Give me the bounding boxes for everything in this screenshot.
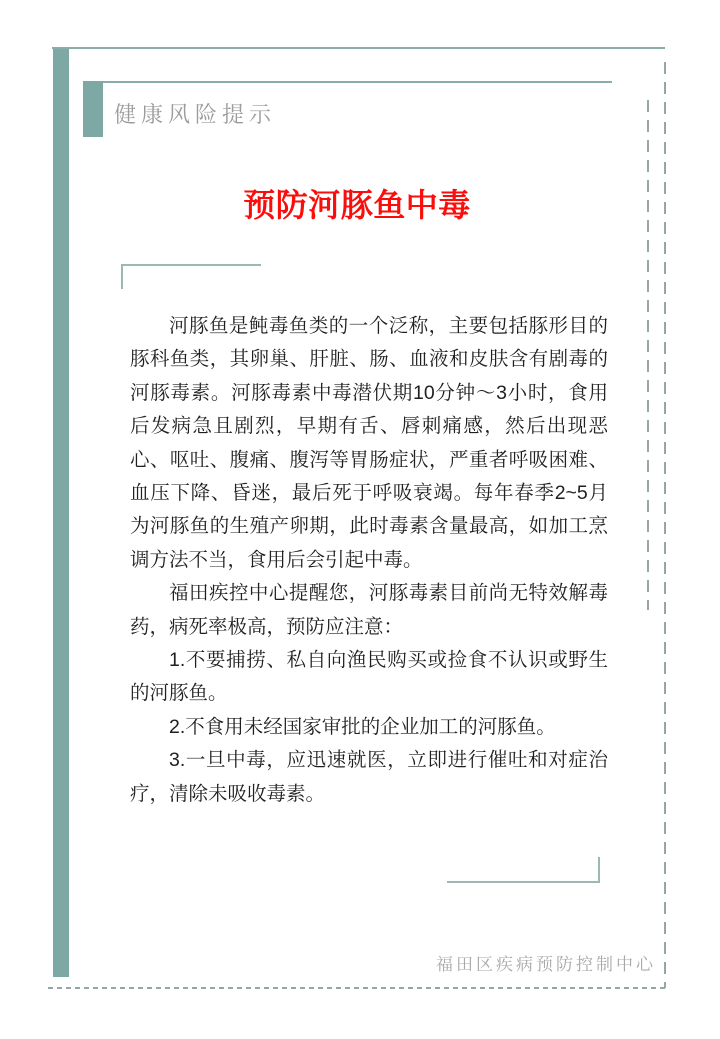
page-title: 预防河豚鱼中毒 [92, 180, 622, 226]
notice-page: 健康风险提示 预防河豚鱼中毒 河豚鱼是鲀毒鱼类的一个泛称，主要包括豚形目的豚科鱼… [0, 0, 720, 1039]
header-accent-square [83, 81, 103, 137]
right-dashed-line-outer [664, 62, 666, 988]
top-rule-line [52, 47, 665, 49]
body-paragraph-2: 福田疾控中心提醒您，河豚毒素目前尚无特效解毒药，病死率极高，预防应注意： [130, 577, 608, 644]
body-paragraph-4: 2.不食用未经国家审批的企业加工的河豚鱼。 [130, 711, 608, 744]
body-paragraph-5: 3.一旦中毒，应迅速就医，立即进行催吐和对症治疗，清除未吸收毒素。 [130, 744, 608, 811]
bottom-right-bracket-decoration [447, 857, 600, 883]
left-accent-bar [53, 49, 69, 977]
body-paragraph-1: 河豚鱼是鲀毒鱼类的一个泛称，主要包括豚形目的豚科鱼类，其卵巢、肝脏、肠、血液和皮… [130, 310, 608, 577]
header-rule-line [83, 81, 612, 83]
right-dashed-line-inner [647, 100, 649, 610]
footer-organization: 福田区疾病预防控制中心 [100, 950, 656, 975]
top-left-bracket-decoration [121, 264, 261, 289]
body-paragraph-3: 1.不要捕捞、私自向渔民购买或捡食不认识或野生的河豚鱼。 [130, 644, 608, 711]
bottom-dashed-line [48, 987, 666, 989]
header-label: 健康风险提示 [114, 98, 276, 129]
notice-body: 河豚鱼是鲀毒鱼类的一个泛称，主要包括豚形目的豚科鱼类，其卵巢、肝脏、肠、血液和皮… [130, 310, 608, 811]
